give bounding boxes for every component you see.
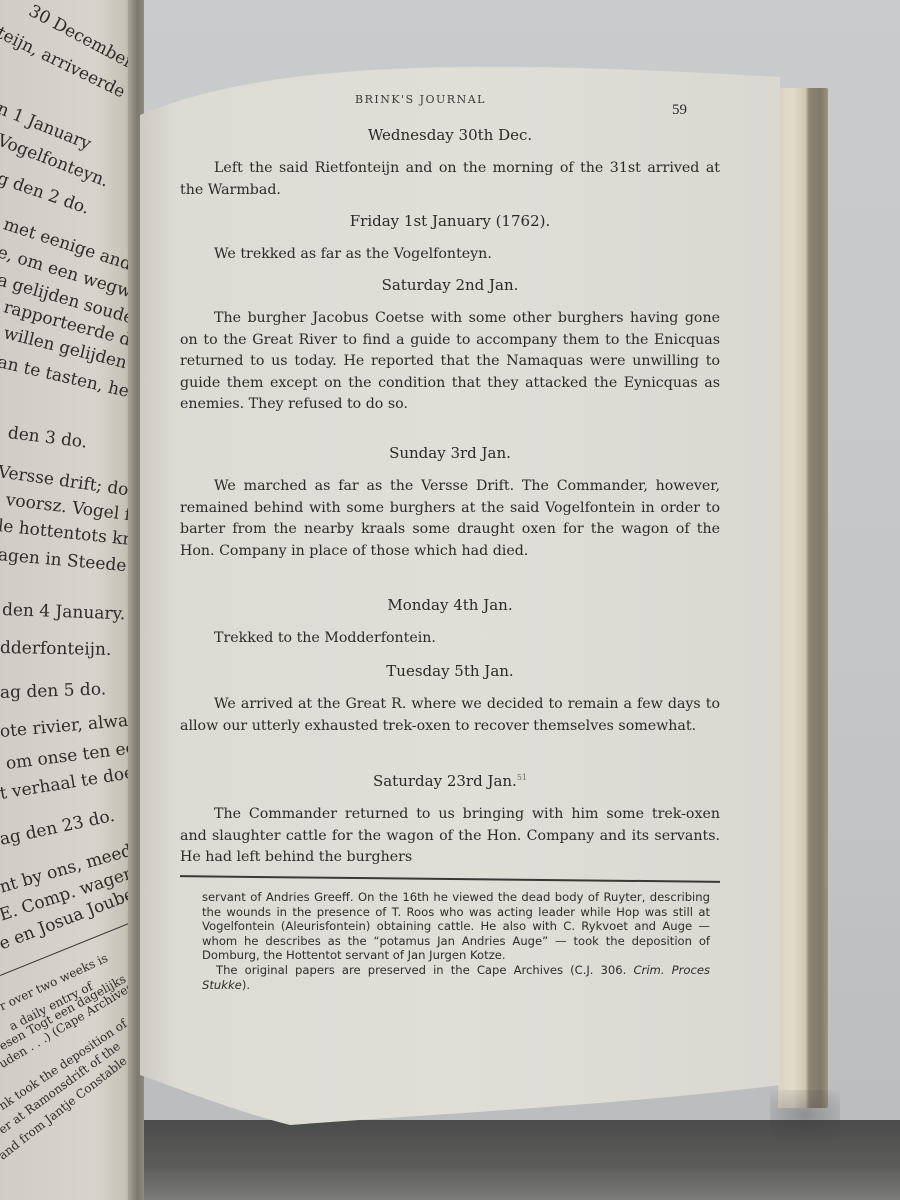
entry-date: Saturday 2nd Jan.: [180, 276, 720, 294]
footnote-text: The original papers are preserved in the…: [216, 963, 633, 977]
left-page-line: ag den 23 do.: [0, 806, 117, 850]
entry-date: Wednesday 30th Dec.: [180, 126, 720, 144]
entry-text: We marched as far as the Versse Drift. T…: [180, 476, 720, 562]
left-page-line: agen in Steede der: [0, 545, 136, 579]
entry-date: Sunday 3rd Jan.: [180, 444, 720, 462]
left-facing-page: 30 December teijn, arriveerde n 1 Januar…: [0, 0, 136, 1200]
entry-text: We trekked as far as the Vogelfonteyn.: [180, 244, 720, 266]
left-page-line: den 3 do.: [7, 423, 89, 453]
entry-date-label: Saturday 23rd Jan.: [373, 772, 517, 790]
entry-date: Friday 1st January (1762).: [180, 212, 720, 230]
footnote-reference[interactable]: 51: [517, 773, 527, 782]
footnote: servant of Andries Greeff. On the 16th h…: [202, 890, 710, 992]
footnote-paragraph: The original papers are preserved in the…: [202, 963, 710, 992]
entry-text: Trekked to the Modderfontein.: [180, 628, 720, 650]
entry-text: Left the said Rietfonteijn and on the mo…: [180, 158, 720, 201]
entry-date: Saturday 23rd Jan.51: [180, 772, 720, 790]
left-page-line: ote rivier, alwaar: [0, 709, 136, 742]
page-number: 59: [672, 102, 687, 119]
footnote-paragraph: servant of Andries Greeff. On the 16th h…: [202, 890, 710, 963]
left-page-line: den 4 January.: [2, 600, 126, 624]
entry-date: Monday 4th Jan.: [180, 596, 720, 614]
entry-text: The Commander returned to us bringing wi…: [180, 804, 720, 869]
entry-text: The burgher Jacobus Coetse with some oth…: [180, 308, 720, 416]
running-head: BRINK'S JOURNAL: [355, 93, 486, 106]
entry-date: Tuesday 5th Jan.: [180, 662, 720, 680]
footnote-text: ).: [242, 978, 250, 992]
cover-shadow: [770, 1090, 840, 1140]
entry-text: We arrived at the Great R. where we deci…: [180, 694, 720, 737]
left-page-line: dderfonteijn.: [0, 638, 112, 660]
left-page-line: ag den 5 do.: [0, 679, 106, 703]
book-cover-edge: [778, 88, 828, 1108]
